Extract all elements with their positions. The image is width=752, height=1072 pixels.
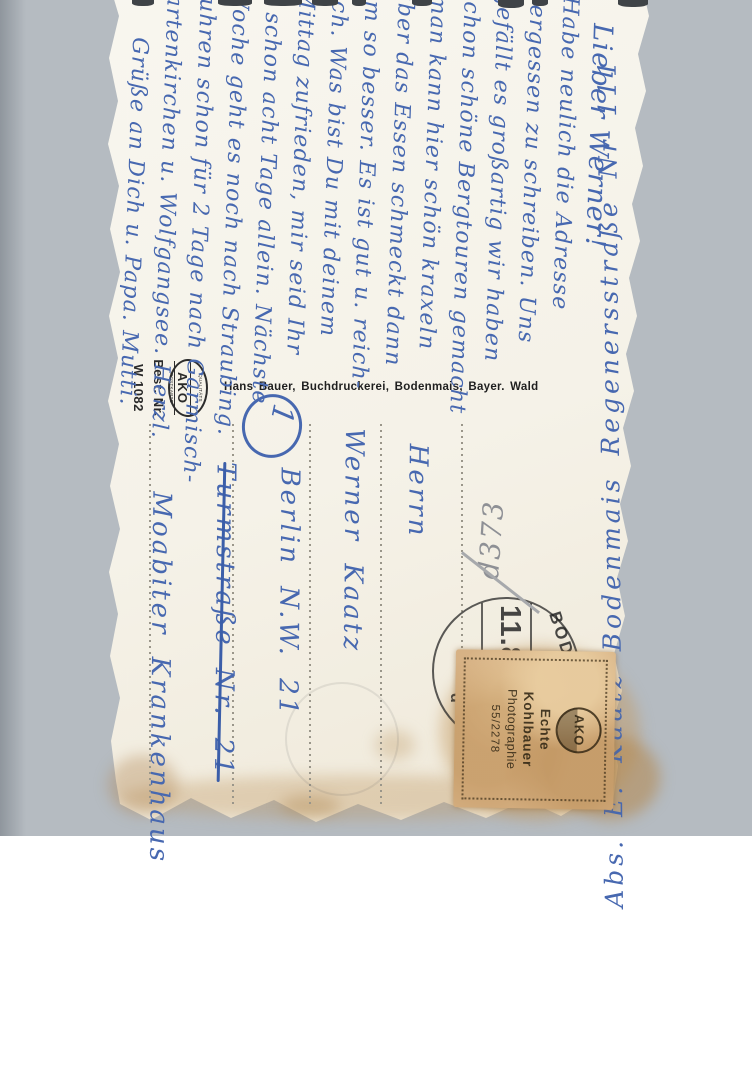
address-block: Herrn Werner Kaatz Berlin N.W. 21 Turmst… <box>116 421 450 882</box>
ako-logo-text: AKO <box>571 709 587 751</box>
message-text: Lieber Werner! Habe neulich die Adresse … <box>99 0 620 430</box>
deckle-edge-mark <box>312 0 338 6</box>
circled-number-value: 1 <box>258 401 301 447</box>
address-line: Berlin N.W. 21 <box>254 422 322 881</box>
deckle-edge-mark <box>532 0 548 6</box>
address-line: Herrn <box>382 423 450 882</box>
deckle-edge-mark <box>498 0 524 8</box>
stamp-label: AKO Echte Kohlbauer Photographie 55/2278 <box>453 649 616 810</box>
scan-surface: Hans Bauer, Buchdruckerei, Bodenmais, Ba… <box>0 0 752 1072</box>
deckle-edge-mark <box>218 0 252 6</box>
deckle-edge-mark <box>264 0 302 6</box>
deckle-edge-mark <box>352 0 366 6</box>
deckle-edge-mark <box>412 0 432 6</box>
address-line: Werner Kaatz <box>318 423 386 882</box>
deckle-edge-mark <box>132 0 154 6</box>
address-line: Moabiter Krankenhaus <box>126 421 194 880</box>
deckle-edge-mark <box>618 0 648 7</box>
background-left-shade <box>0 0 26 836</box>
